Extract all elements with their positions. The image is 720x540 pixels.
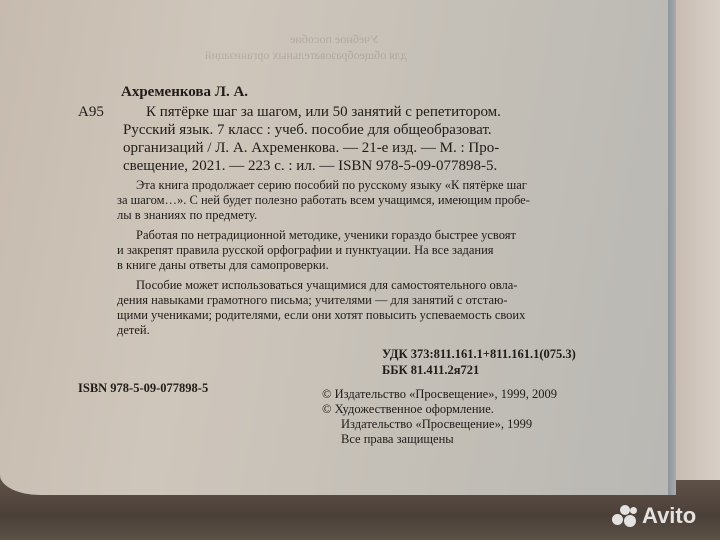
classification-code: А95 — [78, 104, 104, 120]
isbn: ISBN 978-5-09-077898-5 — [78, 380, 208, 396]
page-edge — [668, 0, 676, 495]
udk-code: УДК 373:811.161.1+811.161.1(075.3) — [382, 346, 576, 362]
annotation-line: Работая по нетрадиционной методике, учен… — [136, 228, 516, 243]
annotation-line: лы в знаниях по предмету. — [117, 208, 257, 223]
copyright-line: © Художественное оформление. — [322, 401, 494, 417]
bibliographic-line: свещение, 2021. — 223 с. : ил. — ISBN 97… — [123, 158, 497, 174]
bbk-code: ББК 81.411.2я721 — [382, 362, 479, 378]
annotation-line: Пособие может использоваться учащимися д… — [136, 278, 517, 293]
copyright-line: Все права защищены — [341, 431, 454, 447]
avito-brand-text: Avito — [642, 503, 696, 529]
annotation-line: детей. — [117, 323, 150, 338]
copyright-line: © Издательство «Просвещение», 1999, 2009 — [322, 386, 557, 402]
avito-watermark: Avito — [612, 503, 696, 529]
ghost-text: для общеобразовательных организаций — [205, 48, 407, 63]
avito-logo-icon — [612, 505, 638, 527]
background-surface — [676, 0, 720, 540]
bibliographic-line: организаций / Л. А. Ахременкова. — 21-е … — [123, 140, 499, 156]
annotation-line: за шагом…». С ней будет полезно работать… — [117, 193, 530, 208]
ghost-text: Учебное пособие — [290, 32, 379, 47]
bibliographic-line: Русский язык. 7 класс : учеб. пособие дл… — [123, 122, 492, 138]
annotation-line: и закрепят правила русской орфографии и … — [117, 243, 494, 258]
annotation-line: щими учениками; родителями, если они хот… — [117, 308, 525, 323]
bibliographic-line: К пятёрке шаг за шагом, или 50 занятий с… — [146, 104, 501, 120]
annotation-line: Эта книга продолжает серию пособий по ру… — [136, 178, 527, 193]
photo-scene: Учебное пособие для общеобразовательных … — [0, 0, 720, 540]
author-heading: Ахременкова Л. А. — [121, 84, 248, 100]
annotation-line: дения навыками грамотного письма; учител… — [117, 293, 508, 308]
copyright-line: Издательство «Просвещение», 1999 — [341, 416, 532, 432]
annotation-line: в книге даны ответы для самопроверки. — [117, 258, 329, 273]
book-page: Учебное пособие для общеобразовательных … — [0, 0, 670, 495]
